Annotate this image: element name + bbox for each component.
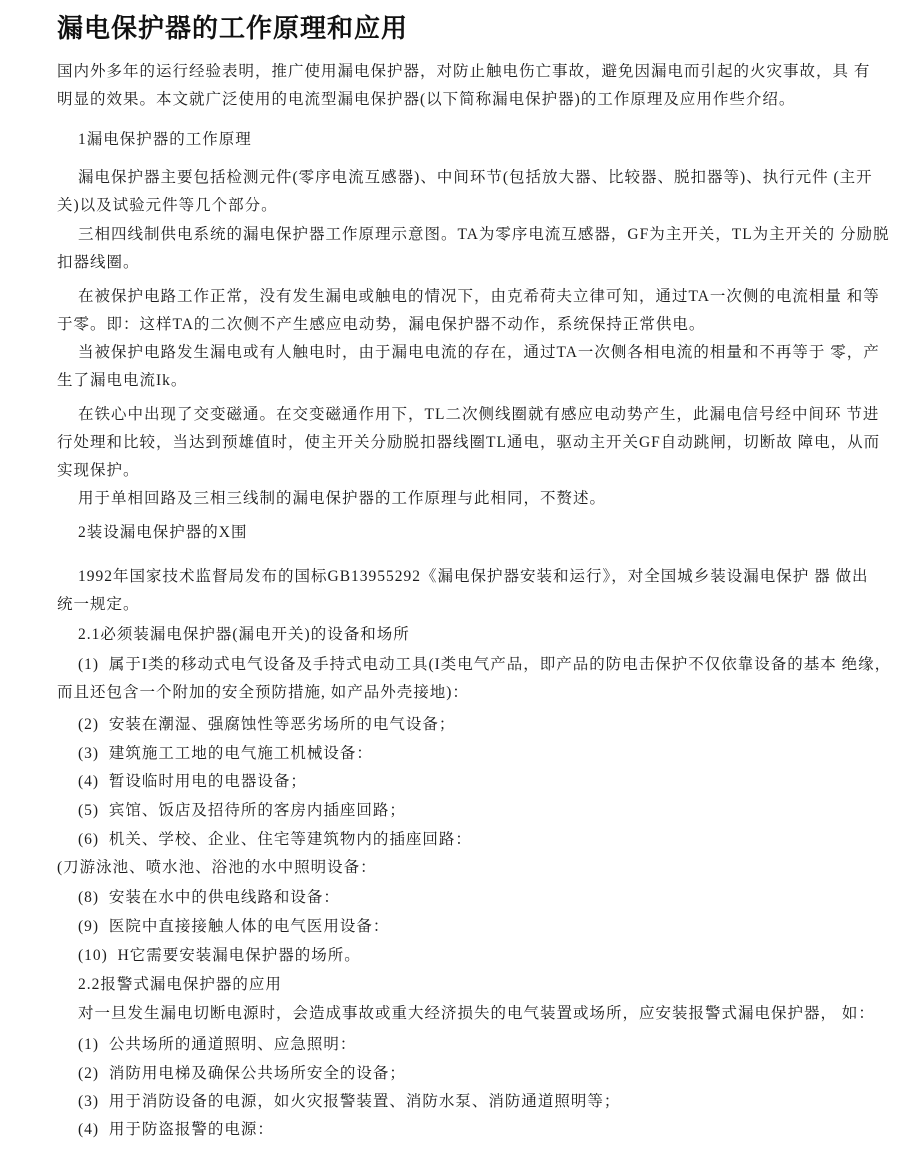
text-line: 漏电保护器主要包括检测元件(零序电流互感器)、中间环节(包括放大器、比较器、脱扣… (78, 168, 873, 188)
text-line: 关)以及试验元件等几个部分。 (57, 196, 278, 216)
text-line: 实现保护。 (57, 461, 140, 481)
text-line: 对一旦发生漏电切断电源时，会造成事故或重大经济损失的电气装置或场所，应安装报警式… (78, 1004, 875, 1024)
list-item: (8) 安装在水中的供电线路和设备： (78, 888, 340, 908)
list-item: (2) 安装在潮湿、强腐蚀性等恶劣场所的电气设备； (78, 715, 455, 735)
text-line: 而且还包含一个附加的安全预防措施, 如产品外壳接地)： (57, 683, 469, 703)
list-item: (2) 消防用电梯及确保公共场所安全的设备； (78, 1064, 406, 1084)
section-heading: 2.2报警式漏电保护器的应用 (78, 975, 282, 995)
section-heading: 1漏电保护器的工作原理 (78, 130, 252, 150)
list-item: (刀游泳池、喷水池、浴池的水中照明设备： (57, 858, 377, 878)
page-title: 漏电保护器的工作原理和应用 (57, 8, 408, 45)
list-item: (4) 暂设临时用电的电器设备； (78, 772, 307, 792)
list-item: (5) 宾馆、饭店及招待所的客房内插座回路； (78, 801, 406, 821)
list-item: (1) 公共场所的通道照明、应急照明： (78, 1035, 356, 1055)
text-line: 于零。即：这样TA的二次侧不产生感应电动势，漏电保护器不动作，系统保持正常供电。 (57, 315, 705, 335)
text-line: 扣器线圈。 (57, 253, 140, 273)
section-heading: 2装设漏电保护器的X围 (78, 523, 247, 543)
text-line: 统一规定。 (57, 595, 140, 615)
list-item: (10) H它需要安装漏电保护器的场所。 (78, 946, 361, 966)
text-line: 用于单相回路及三相三线制的漏电保护器的工作原理与此相同，不赘述。 (78, 489, 606, 509)
list-item: (1) 属于I类的移动式电气设备及手持式电动工具(I类电气产品，即产品的防电击保… (78, 655, 891, 675)
text-line: 国内外多年的运行经验表明，推广使用漏电保护器，对防止触电伤亡事故，避免因漏电而引… (57, 62, 870, 82)
document-page: 漏电保护器的工作原理和应用 国内外多年的运行经验表明，推广使用漏电保护器，对防止… (0, 0, 920, 1154)
list-item: (3) 用于消防设备的电源，如火灾报警装置、消防水泵、消防通道照明等； (78, 1092, 620, 1112)
text-line: 在被保护电路工作正常，没有发生漏电或触电的情况下，由克希荷夫立律可知，通过TA一… (78, 287, 880, 307)
text-line: 三相四线制供电系统的漏电保护器工作原理示意图。TA为零序电流互感器，GF为主开关… (78, 225, 890, 245)
list-item: (6) 机关、学校、企业、住宅等建筑物内的插座回路： (78, 830, 472, 850)
text-line: 当被保护电路发生漏电或有人触电时，由于漏电电流的存在，通过TA一次侧各相电流的相… (78, 343, 880, 363)
text-line: 1992年国家技术监督局发布的国标GB13955292《漏电保护器安装和运行》，… (78, 567, 869, 587)
list-item: (9) 医院中直接接触人体的电气医用设备： (78, 917, 389, 937)
text-line: 明显的效果。本文就广泛使用的电流型漏电保护器(以下简称漏电保护器)的工作原理及应… (57, 90, 795, 110)
section-heading: 2.1必须装漏电保护器(漏电开关)的设备和场所 (78, 625, 410, 645)
list-item: (4) 用于防盗报警的电源： (78, 1120, 274, 1140)
text-line: 在铁心中出现了交变磁通。在交变磁通作用下，TL二次侧线圈就有感应电动势产生，此漏… (78, 405, 879, 425)
text-line: 行处理和比较，当达到预雄值时，使主开关分励脱扣器线圈TL通电，驱动主开关GF自动… (57, 433, 880, 453)
list-item: (3) 建筑施工工地的电气施工机械设备： (78, 744, 373, 764)
text-line: 生了漏电电流Ik。 (57, 371, 187, 391)
